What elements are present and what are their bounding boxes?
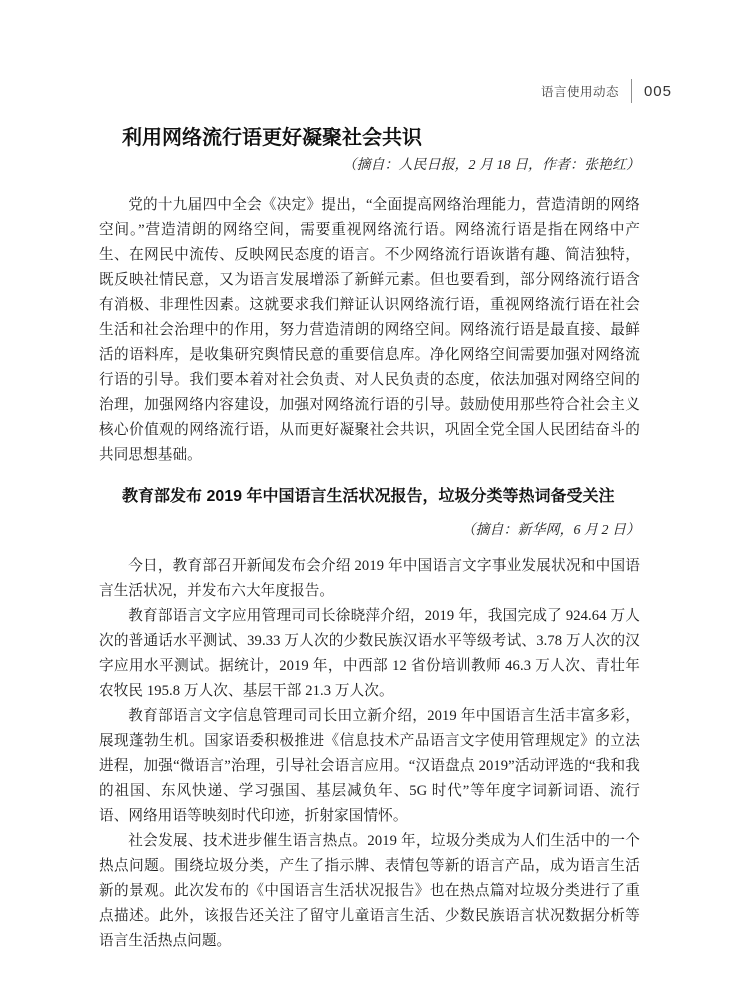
article-1-paragraph: 党的十九届四中全会《决定》提出，“全面提高网络治理能力，营造清朗的网络空间。”营…: [99, 193, 640, 468]
article-2-paragraph: 今日，教育部召开新闻发布会介绍 2019 年中国语言文字事业发展状况和中国语言生…: [99, 554, 640, 604]
header-page-number: 005: [644, 83, 672, 100]
article-2-paragraph: 教育部语言文字应用管理司司长徐晓萍介绍，2019 年，我国完成了 924.64 …: [99, 604, 640, 704]
article-1-source-line: （摘自：人民日报，2 月 18 日，作者：张艳红）: [99, 156, 640, 175]
document-page: 语言使用动态 005 利用网络流行语更好凝聚社会共识 （摘自：人民日报，2 月 …: [0, 0, 729, 1005]
page-content: 利用网络流行语更好凝聚社会共识 （摘自：人民日报，2 月 18 日，作者：张艳红…: [99, 0, 640, 954]
article-1-title: 利用网络流行语更好凝聚社会共识: [99, 126, 640, 150]
article-2-source-line: （摘自：新华网，6 月 2 日）: [99, 521, 640, 540]
article-2-paragraph: 社会发展、技术进步催生语言热点。2019 年，垃圾分类成为人们生活中的一个热点问…: [99, 829, 640, 954]
article-2-title: 教育部发布 2019 年中国语言生活状况报告，垃圾分类等热词备受关注: [99, 486, 640, 508]
article-2-paragraph: 教育部语言文字信息管理司司长田立新介绍，2019 年中国语言生活丰富多彩，展现蓬…: [99, 704, 640, 829]
